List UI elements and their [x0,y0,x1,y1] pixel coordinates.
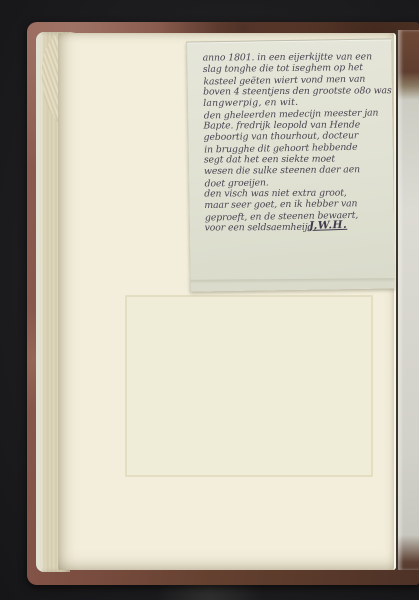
note-text-line: boven 4 steentjens den grootste o8o was [203,85,390,98]
note-handwriting: anno 1801. in een eijerkijtte van eensla… [203,51,392,235]
note-text-line: den visch was niet extra groot, [204,187,391,200]
facing-page-edge [396,30,419,570]
note-text-line: anno 1801. in een eijerkijtte van een [203,51,390,64]
note-text-line: voor een seldsaemheijd. [205,221,392,234]
photo-background: anno 1801. in een eijerkijtte van eensla… [0,0,419,600]
note-text-line: segt dat het een siekte moet [204,153,391,166]
note-text-line: Bapte. fredrijk leopold van Hende [203,119,390,132]
pasted-note: anno 1801. in een eijerkijtte van eensla… [186,38,395,291]
show-through-outline [125,295,373,477]
note-signature: J.W.H. [309,219,348,232]
